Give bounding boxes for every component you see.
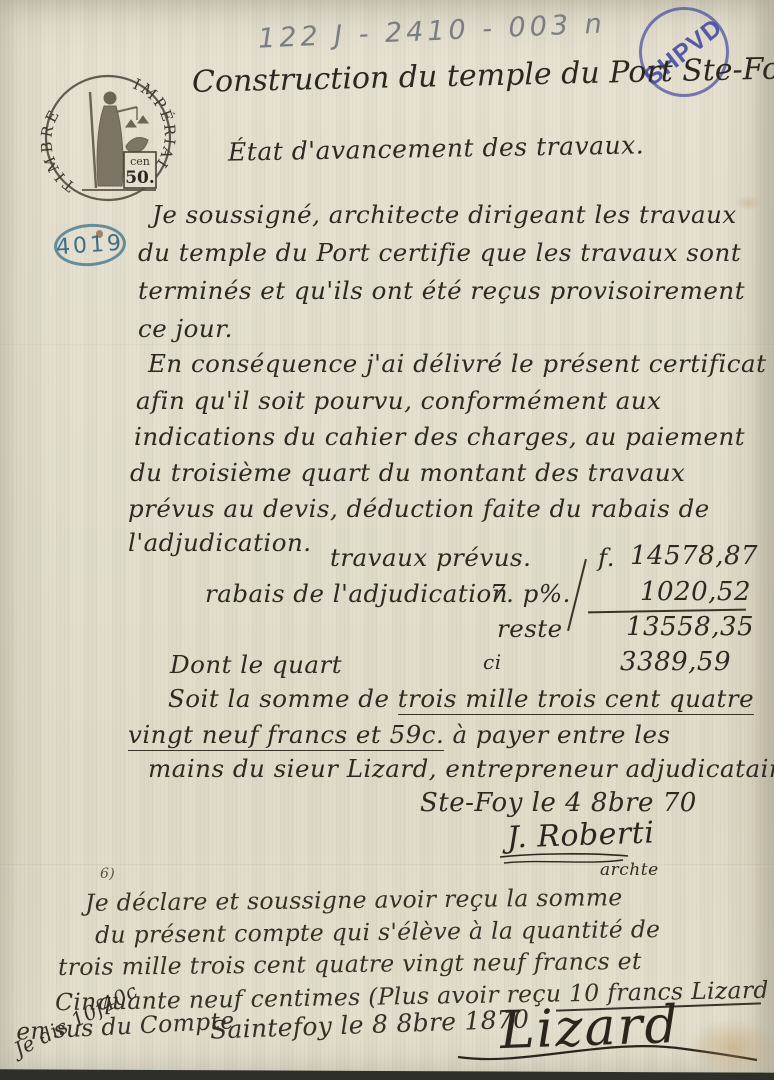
scan-edge bbox=[0, 1069, 774, 1080]
sum-amount-words: trois mille trois cent quatre bbox=[398, 684, 754, 715]
registry-number-stamp: 4019 bbox=[53, 222, 128, 269]
scanned-document: 122 J - 2410 - 003 n SHPVD Construction … bbox=[0, 0, 774, 1080]
sum-suffix: à payer entre les bbox=[444, 720, 670, 749]
body-line: Je soussigné, architecte dirigeant les t… bbox=[152, 200, 737, 229]
stain bbox=[735, 195, 761, 211]
account-row-value: 1020,52 bbox=[640, 577, 751, 607]
architect-title: archte bbox=[600, 860, 659, 880]
body-line: terminés et qu'ils ont été reçus proviso… bbox=[138, 276, 745, 305]
denomination-50: 50. bbox=[125, 168, 155, 188]
account-row-label: travaux prévus. bbox=[330, 543, 531, 572]
revenue-stamp-arc-left: TIMBRE bbox=[40, 105, 78, 195]
account-row-label: rabais de l'adjudication bbox=[205, 579, 508, 608]
receipt-line: du présent compte qui s'élève à la quant… bbox=[95, 915, 661, 949]
stain bbox=[96, 230, 103, 238]
account-row-value: 14578,87 bbox=[630, 541, 758, 571]
dateline: Ste-Foy le 4 8bre 70 bbox=[420, 788, 697, 818]
architect-signature: J. Roberti bbox=[506, 815, 655, 855]
account-row-label: Dont le quart bbox=[170, 650, 342, 679]
body-line: afin qu'il soit pourvu, conformément aux bbox=[136, 386, 662, 415]
svg-text:TIMBRE: TIMBRE bbox=[40, 105, 78, 195]
account-row-label: reste bbox=[497, 614, 563, 643]
body-line: ce jour. bbox=[138, 314, 233, 343]
document-subtitle: État d'avancement des travaux. bbox=[228, 130, 645, 166]
body-line: du troisième quart du montant des travau… bbox=[130, 458, 685, 487]
denomination-cen: cen bbox=[130, 155, 150, 168]
sum-line: vingt neuf francs et 59c. à payer entre … bbox=[128, 720, 671, 749]
pencil-mark: 6) bbox=[100, 866, 115, 882]
denomination-box: cen 50. bbox=[124, 152, 156, 188]
stain bbox=[688, 1018, 774, 1076]
body-line: En conséquence j'ai délivré le présent c… bbox=[148, 349, 766, 378]
revenue-stamp: TIMBRE IMPÉRIAL. cen 50. bbox=[40, 66, 176, 208]
receipt-line: trois mille trois cent quatre vingt neuf… bbox=[58, 947, 642, 981]
sum-amount-words: vingt neuf francs et 59c. bbox=[128, 720, 444, 751]
account-row-currency: f. bbox=[598, 543, 615, 572]
crease bbox=[0, 864, 774, 867]
registry-number-label: 4019 bbox=[55, 230, 125, 260]
account-row-value: 13558,35 bbox=[626, 612, 754, 642]
body-line: du temple du Port certifie que les trava… bbox=[138, 238, 741, 267]
archive-reference: 122 J - 2410 - 003 n bbox=[257, 8, 606, 54]
body-line: prévus au devis, déduction faite du raba… bbox=[128, 494, 710, 523]
receipt-line: Je déclare et soussigne avoir reçu la so… bbox=[85, 883, 623, 917]
account-row-value: 3389,59 bbox=[620, 647, 731, 677]
sum-line: mains du sieur Lizard, entrepreneur adju… bbox=[148, 754, 774, 783]
account-row-ci: ci bbox=[483, 650, 502, 674]
sum-line: Soit la somme de trois mille trois cent … bbox=[168, 684, 754, 713]
body-line: l'adjudication. bbox=[128, 528, 312, 557]
account-row-rate: 7. p%. bbox=[490, 579, 571, 608]
crease bbox=[0, 344, 774, 347]
sum-prefix: Soit la somme de bbox=[168, 684, 398, 713]
body-line: indications du cahier des charges, au pa… bbox=[134, 422, 745, 451]
